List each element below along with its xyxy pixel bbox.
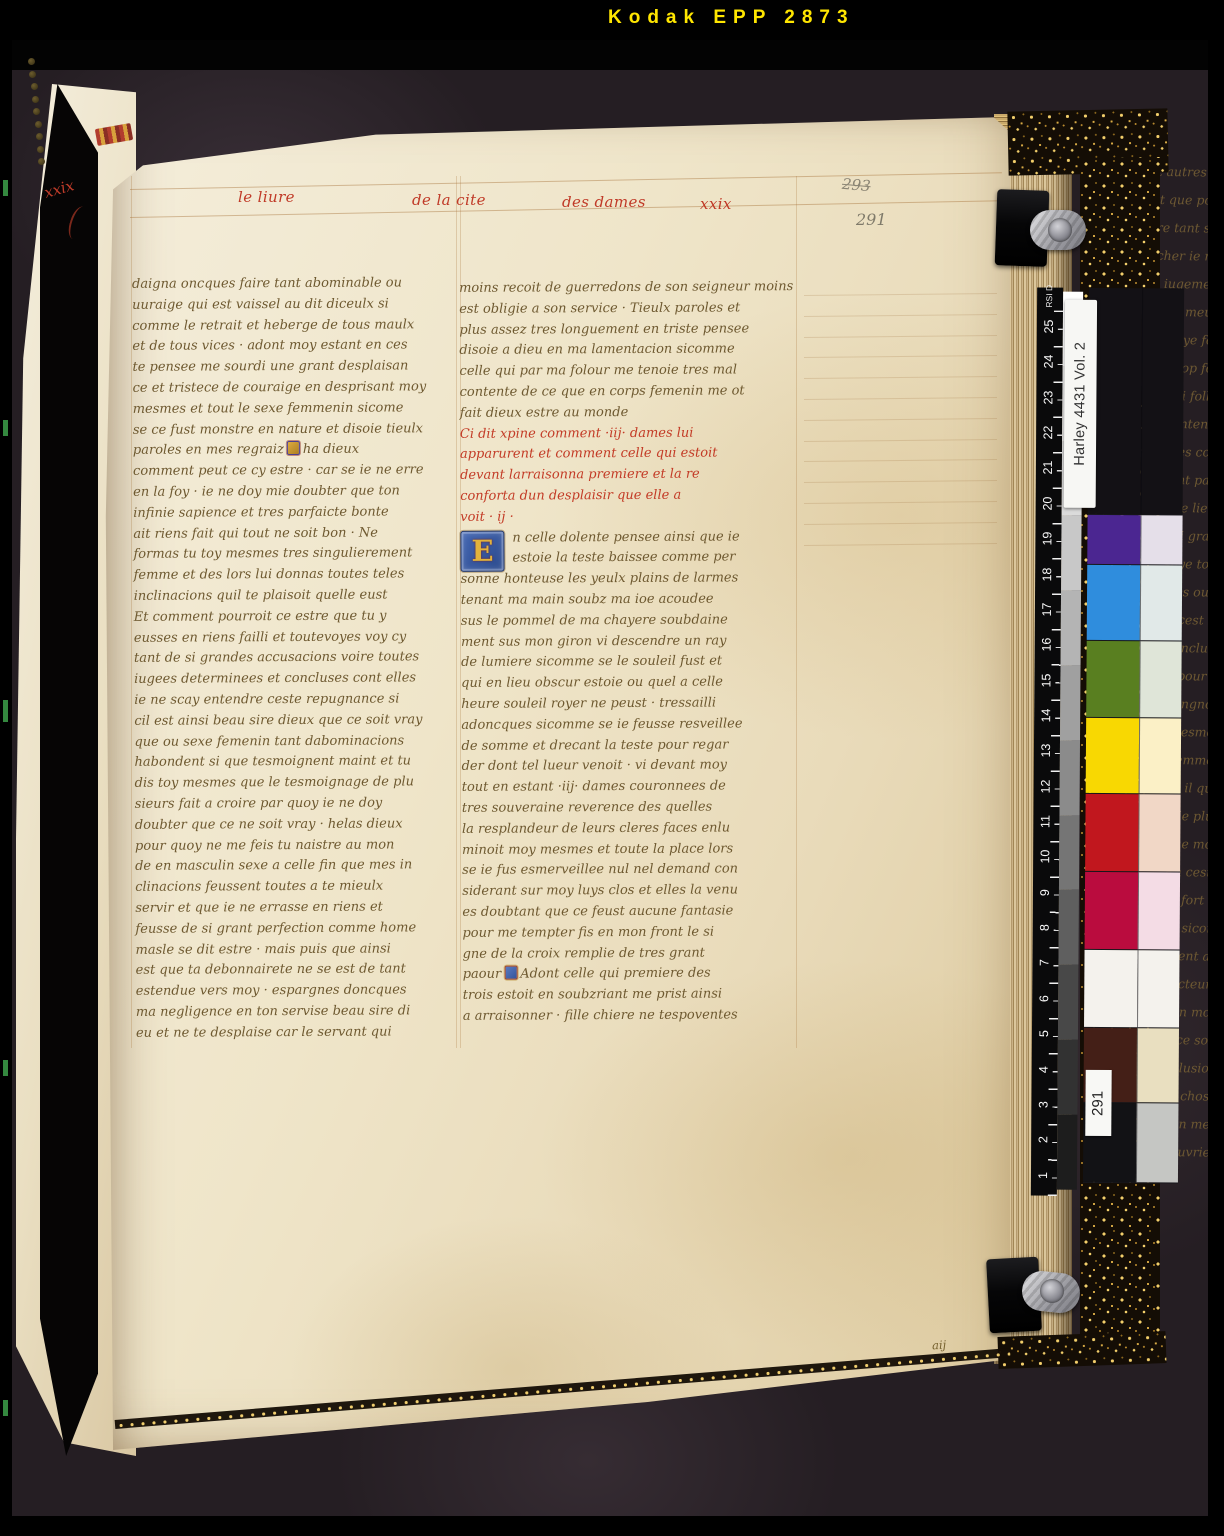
manuscript-line: minoit moy mesmes et toute la place lors (462, 839, 795, 862)
color-patch-row (1087, 515, 1182, 566)
manuscript-line: ment sus mon giron vi descendre un ray (461, 631, 794, 654)
color-patch-blue (1087, 565, 1141, 640)
manuscript-line: disoie a dieu en ma lamentacion sicomme (459, 340, 792, 363)
manuscript-line: habondent si que tesmoignent maint et tu (134, 751, 456, 773)
color-patch-black-tint (1141, 288, 1185, 514)
manuscript-line: infinie sapience et tres parfaicte bonte (133, 502, 455, 524)
manuscript-line: apparurent et comment celle qui estoit (460, 444, 793, 467)
sewing-dot (29, 71, 36, 78)
color-patch-maroon-tint (1136, 1028, 1179, 1102)
sewing-dot (38, 158, 45, 165)
text-fragment: Adont celle qui premiere des (520, 966, 711, 982)
pencil-foliation: 291 (856, 210, 887, 229)
color-patch-crimson-tint (1138, 872, 1181, 949)
film-edge-mark (3, 180, 8, 196)
text-fragment: paour (463, 967, 502, 982)
film-edge-bottom (0, 1516, 1224, 1536)
manuscript-line: tant de si grandes accusacions voire tou… (134, 648, 456, 670)
color-patch-green-tint (1139, 641, 1182, 717)
film-top-strip: Kodak EPP 2873 (0, 0, 1224, 40)
sewing-dots (28, 58, 58, 188)
ruler-number: 24 (1042, 351, 1056, 373)
manuscript-line: cil est ainsi beau sire dieux que ce soi… (134, 710, 456, 732)
manuscript-line: gne de la croix remplie de tres grant (463, 943, 796, 966)
ruler-number: 8 (1038, 917, 1052, 939)
gutter-shadow (40, 84, 98, 1456)
ruler-number: 7 (1037, 952, 1051, 974)
film-edge-mark (3, 1060, 8, 1076)
folio-tag-text: 291 (1090, 1090, 1107, 1115)
manuscript-line: de en masculin sexe a celle fin que mes … (135, 855, 457, 877)
quire-signature: aij (932, 1338, 947, 1353)
right-column: moins recoit de guerredons de son seigne… (459, 277, 796, 1027)
manuscript-line: masle se dit estre · mais puis que ainsi (135, 939, 457, 961)
manuscript-line: comment peut ce cy estre · car se ie ne … (133, 460, 455, 482)
ruler-number: 18 (1040, 563, 1054, 585)
manuscript-line: daigna oncques faire tant abominable ou (132, 273, 454, 295)
manuscript-line: ait riens fait qui tout ne soit bon · Ne (133, 523, 455, 545)
ruler-number: 9 (1038, 881, 1052, 903)
page-clip-bottom-rivet (1040, 1279, 1064, 1303)
color-patch-row (1085, 872, 1181, 951)
film-edge-right (1208, 0, 1224, 1536)
grayscale-step (1057, 1040, 1078, 1115)
manuscript-line: est obligie a son service · Tieulx parol… (459, 298, 792, 321)
manuscript-line: contente de ce que en corps femenin me o… (460, 381, 793, 404)
ruler-number: 23 (1041, 386, 1055, 408)
shelfmark-label: Harley 4431 Vol. 2 (1064, 300, 1097, 508)
manuscript-line: ce et tristece de couraige en desprisant… (133, 377, 455, 399)
champ-initial (504, 966, 517, 980)
manuscript-line: plus assez tres longuement en triste pen… (459, 319, 792, 342)
shelfmark-text: Harley 4431 Vol. 2 (1072, 342, 1089, 466)
manuscript-line: Ci dit xpine comment ·iij· dames lui (460, 423, 793, 446)
manuscript-line: paourAdont celle qui premiere des (463, 963, 796, 986)
sewing-dot (33, 108, 40, 115)
manuscript-line: servir et que ie ne errasse en riens et (135, 897, 457, 919)
ruler-number: 22 (1041, 422, 1055, 444)
manuscript-line: a arraisonner · fille chiere ne tespoven… (463, 1005, 796, 1028)
manuscript-line: voit · ij · (460, 506, 793, 529)
manuscript-line: uuraige qui est vaissel au dit diceulx s… (132, 294, 454, 316)
ruler-number: 5 (1037, 1023, 1051, 1045)
ruler-number: 4 (1037, 1058, 1051, 1080)
manuscript-line: sus le pommel de ma chayere soubdaine (461, 610, 794, 633)
ruler-number: 21 (1041, 457, 1055, 479)
drop-cap-initial: E (460, 530, 504, 571)
manuscript-line: tres souveraine reverence des quelles (462, 797, 795, 820)
running-header-segment: le liure (238, 188, 295, 206)
color-patch-purple (1087, 515, 1140, 564)
manuscript-line: iugees determinees et concluses cont ell… (134, 668, 456, 690)
ruler-number: 3 (1036, 1093, 1050, 1115)
pencil-foliation-crossed: 293 (841, 175, 871, 195)
manuscript-line: se ie fus esmerveillee nul nel demand co… (462, 859, 795, 882)
color-patch-yellow-tint (1139, 718, 1182, 793)
manuscript-line: siderant sur moy luys clos et elles la v… (462, 880, 795, 903)
sewing-dot (31, 83, 38, 90)
ruler-number: 11 (1038, 811, 1052, 833)
manuscript-line: pour quoy ne me feis tu naistre au mon (135, 835, 457, 857)
ruler-number: 10 (1038, 846, 1052, 868)
left-column: daigna oncques faire tant abominable ouu… (132, 273, 458, 1044)
manuscript-line: conforta dun desplaisir que elle a (460, 485, 793, 508)
manuscript-line: sieurs fait a croire par quoy ie ne doy (135, 793, 457, 815)
manuscript-line: Et comment pourroit ce estre que tu y (134, 606, 456, 628)
grayscale-step (1058, 965, 1079, 1040)
color-patch-blue-tint (1140, 565, 1183, 640)
ruler-number: 13 (1039, 740, 1053, 762)
manuscript-line: de somme et drecant la teste pour regar (461, 735, 794, 758)
manuscript-line: te pensee me sourdi une grant desplaisan (132, 356, 454, 378)
manuscript-line: heure souleil royer ne peust · tressaill… (461, 693, 794, 716)
film-edge-mark (3, 1400, 8, 1416)
ruler-number: 19 (1040, 528, 1054, 550)
grayscale-step (1061, 516, 1082, 591)
sewing-dot (28, 58, 35, 65)
manuscript-line: fait dieux estre au monde (460, 402, 793, 425)
grayscale-step (1058, 890, 1079, 965)
manuscript-line: paroles en mes regraizha dieux (133, 440, 455, 462)
manuscript-line: et de tous vices · adont moy estant en c… (132, 336, 454, 358)
ruler-number: 12 (1039, 775, 1053, 797)
sewing-dot (36, 133, 43, 140)
manuscript-line: dis toy mesmes que le tesmoignage de plu (135, 772, 457, 794)
film-edge-mark (3, 420, 8, 436)
manuscript-page: le liure de la cite des dames xxix 293 2… (104, 116, 1010, 1450)
color-patch-row (1085, 794, 1181, 873)
manuscript-line: estendue vers moy · espargnes doncques (136, 980, 458, 1002)
color-patch-green (1086, 641, 1140, 717)
color-patch-row (1084, 950, 1180, 1029)
manuscript-line: devant larraisonna premiere et la re (460, 464, 793, 487)
manuscript-line: moins recoit de guerredons de son seigne… (459, 277, 792, 300)
manuscript-line: eu et ne te desplaise car le servant qui (136, 1022, 458, 1044)
color-patch-white-tint (1137, 950, 1180, 1027)
manuscript-line: celle qui par ma folour me tenoie tres m… (459, 360, 792, 383)
folio-tag-label: 291 (1085, 1070, 1111, 1136)
ruler-number: 2 (1036, 1129, 1050, 1151)
ruler-number: 25 (1042, 316, 1056, 338)
ruler-top-label: RSI D (1044, 286, 1054, 308)
page-clip-top-rivet (1048, 218, 1072, 242)
film-brand-caption: Kodak EPP 2873 (608, 7, 855, 29)
manuscript-line: eusses en riens failli et toutevoyes voy… (134, 627, 456, 649)
gilt-binding-bottom-band (997, 1331, 1166, 1369)
color-patch-red (1085, 794, 1139, 871)
color-patch-row (1088, 288, 1185, 516)
manuscript-line: doubter que ce ne soit vray · helas dieu… (135, 814, 457, 836)
ruler-number: 16 (1040, 634, 1054, 656)
grayscale-step (1057, 1114, 1078, 1189)
manuscript-line: der dont tel lueur venoit · vi devant mo… (462, 755, 795, 778)
sewing-dot (37, 146, 44, 153)
sewing-dot (35, 121, 42, 128)
manuscript-line: femme et des lors lui donnas toutes tele… (134, 564, 456, 586)
manuscript-line: mesmes et tout le sexe femmenin sicome (133, 398, 455, 420)
manuscript-line: ie ne scay entendre ceste repugnance si (134, 689, 456, 711)
manuscript-line: trois estoit en soubzriant me prist ains… (463, 984, 796, 1007)
ruler-number: 6 (1037, 987, 1051, 1009)
running-header-segment: des dames (562, 193, 646, 211)
running-header-chapter-numeral: xxix (700, 195, 732, 213)
manuscript-line: en la foy · ie ne doy mie doubter que to… (133, 481, 455, 503)
manuscript-line: de lumiere sicomme se le souleil fust et (461, 651, 794, 674)
text-fragment: paroles en mes regraiz (133, 442, 284, 458)
manuscript-line: est que ta debonnairete ne se est de tan… (136, 959, 458, 981)
film-edge-mark (3, 700, 8, 722)
manuscript-line: formas tu toy mesmes tres singulierement (133, 544, 455, 566)
grayscale-step (1060, 666, 1081, 741)
grayscale-step (1059, 740, 1080, 815)
color-patch-crimson (1085, 872, 1139, 949)
color-patch-purple-tint (1140, 515, 1182, 564)
manuscript-line: n celle dolente pensee ainsi que ie (460, 527, 793, 550)
text-fragment: ha dieux (303, 442, 359, 457)
manuscript-line: es doubtant que ce feust aucune fantasie (462, 901, 795, 924)
color-patches (1083, 288, 1184, 1197)
color-patch-row (1087, 565, 1183, 642)
manuscript-line: ma negligence en ton servise beau sire d… (136, 1001, 458, 1023)
running-header-segment: de la cite (412, 191, 486, 209)
manuscript-line: feusse de si grant perfection comme home (135, 918, 457, 940)
color-patch-row (1086, 641, 1182, 719)
manuscript-line: la resplandeur de leurs cleres faces enl… (462, 818, 795, 841)
manuscript-line: estoie la teste baissee comme per (460, 547, 793, 570)
ruler-number: 17 (1040, 598, 1054, 620)
film-edge-left (0, 0, 12, 1536)
manuscript-line: tout en estant ·iij· dames couronnees de (462, 776, 795, 799)
ruler-number: 1 (1036, 1164, 1050, 1186)
film-notch-bar (10, 40, 1214, 70)
color-patch-yellow (1086, 718, 1140, 793)
manuscript-line: pour me tempter fis en mon front le si (462, 922, 795, 945)
color-patch-row (1086, 718, 1182, 795)
ruler-number: 20 (1041, 492, 1055, 514)
calibration-chart: RSI D 2524232221201918171615141312111098… (1031, 287, 1187, 1196)
color-patch-red-tint (1138, 794, 1181, 871)
grayscale-step (1059, 815, 1080, 890)
manuscript-line: que ou sexe femenin tant dabominacions (134, 731, 456, 753)
color-patch-white (1084, 950, 1138, 1027)
manuscript-line: comme le retrait et heberge de tous maul… (132, 315, 454, 337)
grayscale-step (1061, 591, 1082, 666)
ruler-number: 14 (1039, 704, 1053, 726)
ruler-number: 15 (1039, 669, 1053, 691)
manuscript-line: sonne honteuse les yeulx plains de larme… (461, 568, 794, 591)
sewing-dot (32, 96, 39, 103)
manuscript-line: tenant ma main soubz ma ioe acoudee (461, 589, 794, 612)
film-frame-photo: ons et autres enobstant que pourmoistre … (0, 0, 1224, 1536)
manuscript-line: qui en lieu obscur estoie ou quel a cell… (461, 672, 794, 695)
color-patch-black-2-tint (1136, 1103, 1179, 1182)
manuscript-line: inclinacions quil te plaisoit quelle eus… (134, 585, 456, 607)
manuscript-line: adoncques sicomme se ie feusse resveille… (461, 714, 794, 737)
manuscript-line: clinacions feussent toutes a te mieulx (135, 876, 457, 898)
manuscript-line: se ce fust monstre en nature et disoie t… (133, 419, 455, 441)
champ-initial (287, 441, 300, 455)
column-ruling-line (796, 176, 797, 1048)
